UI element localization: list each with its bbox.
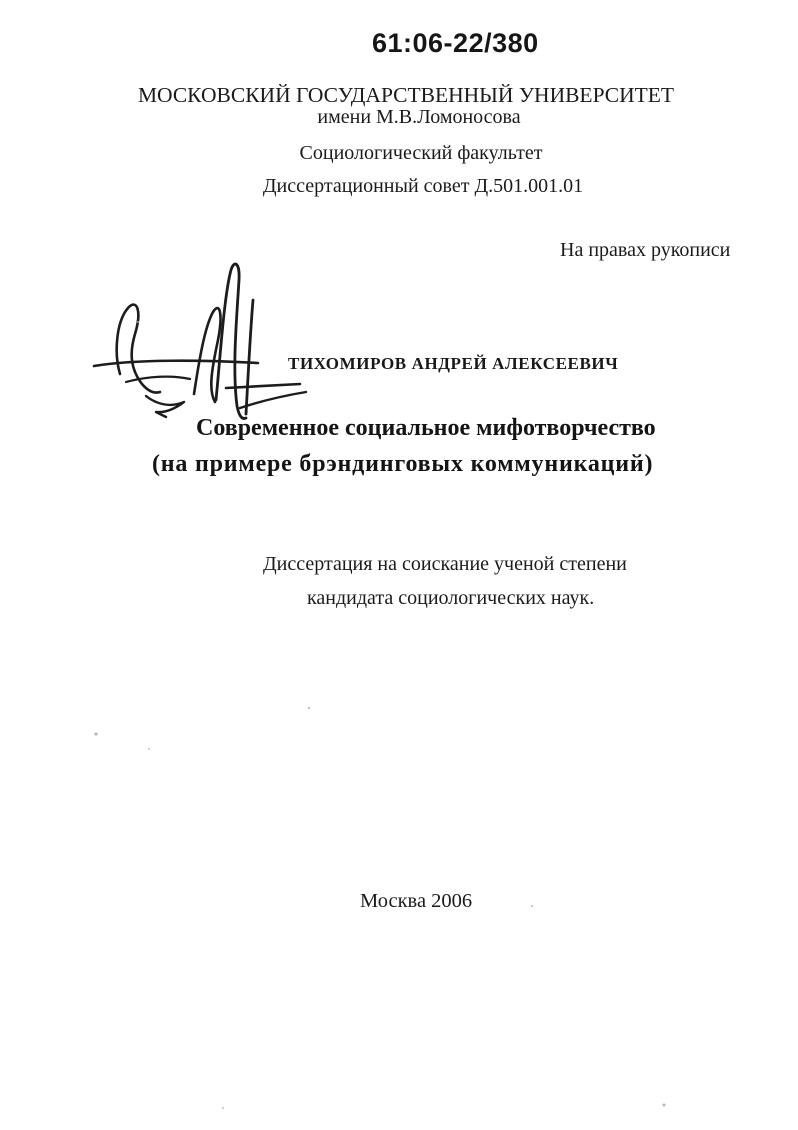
author-name: ТИХОМИРОВ АНДРЕЙ АЛЕКСЕЕВИЧ bbox=[288, 354, 612, 374]
dissertation-council: Диссертационный совет Д.501.001.01 bbox=[173, 175, 673, 198]
scan-noise-speckles bbox=[137, 321, 139, 323]
handwritten-signature-icon bbox=[90, 256, 308, 426]
dissertation-title-line1: Современное социальное мифотворчество bbox=[196, 415, 611, 443]
faculty-name: Социологический факультет bbox=[221, 142, 621, 165]
dissertation-title-line2: (на примере брэндинговых коммуникаций) bbox=[152, 451, 632, 479]
degree-statement-line2: кандидата социологических наук. bbox=[307, 587, 569, 610]
dissertation-title-page: 61:06-22/380 МОСКОВСКИЙ ГОСУДАРСТВЕННЫЙ … bbox=[0, 0, 798, 1130]
university-branch: имени М.В.Ломоносова bbox=[219, 106, 619, 129]
catalog-number: 61:06-22/380 bbox=[372, 28, 539, 59]
city-and-year: Москва 2006 bbox=[360, 890, 470, 914]
university-name: МОСКОВСКИЙ ГОСУДАРСТВЕННЫЙ УНИВЕРСИТЕТ bbox=[106, 83, 706, 108]
degree-statement-line1: Диссертация на соискание ученой степени bbox=[263, 553, 613, 576]
manuscript-rights-note: На правах рукописи bbox=[560, 239, 732, 262]
